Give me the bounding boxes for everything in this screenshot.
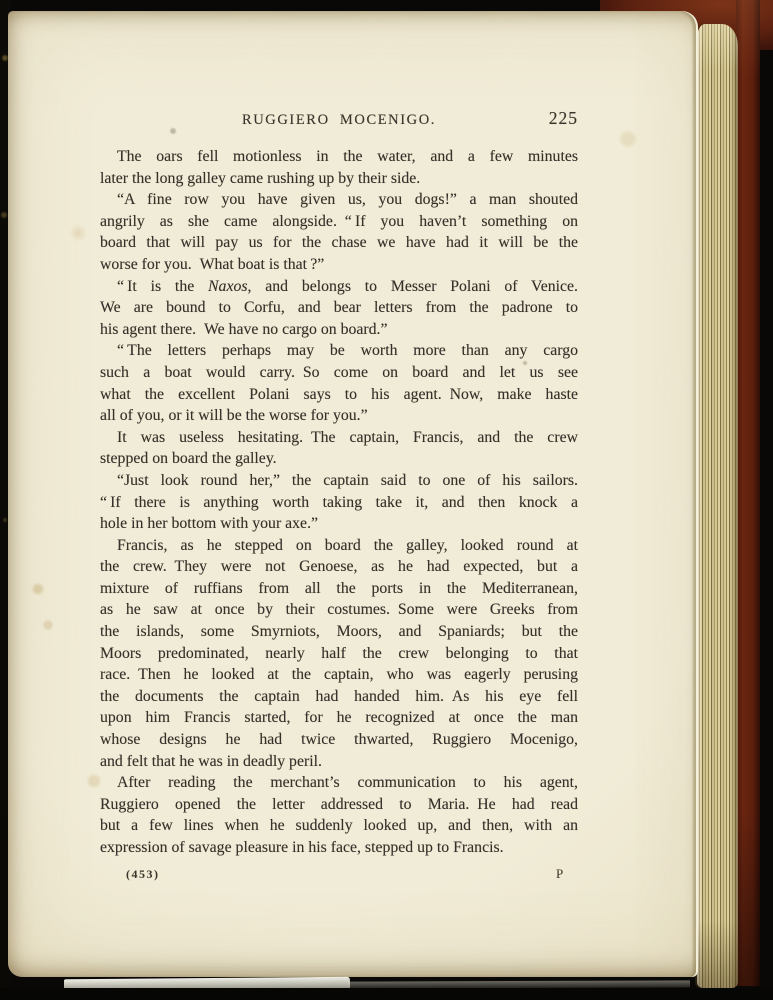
text-segment: worse for you. What boat is that ?”	[100, 256, 324, 273]
text-segment: angrily as she came alongside. “ If you …	[100, 213, 578, 230]
text-segment: what the excellent Polani says to his ag…	[100, 386, 578, 403]
photo-bottom-edge	[0, 988, 773, 1000]
text-segment: board that will pay us for the chase we …	[100, 234, 578, 251]
text-line: worse for you. What boat is that ?”	[100, 254, 578, 276]
text-line: board that will pay us for the chase we …	[100, 232, 578, 254]
text-segment: “ If there is anything worth taking take…	[100, 494, 578, 511]
text-line: “Just look round her,” the captain said …	[100, 470, 578, 492]
text-line: upon him Francis started, for he recogni…	[100, 707, 578, 729]
text-line: the islands, some Smyrniots, Moors, and …	[100, 621, 578, 643]
text-line: the documents the captain had handed him…	[100, 686, 578, 708]
text-line: but a few lines when he suddenly looked …	[100, 815, 578, 837]
text-line: After reading the merchant’s communicati…	[100, 772, 578, 794]
text-line: “ It is the Naxos, and belongs to Messer…	[100, 276, 578, 298]
page-fore-edge-stack	[697, 24, 738, 988]
catchword-letter: P	[556, 866, 563, 882]
text-line: angrily as she came alongside. “ If you …	[100, 211, 578, 233]
page-footer: (453) P	[100, 866, 578, 886]
italic-text: Naxos	[208, 278, 248, 295]
text-segment: stepped on board the galley.	[100, 450, 277, 467]
text-line: whose designs he had twice thwarted, Rug…	[100, 729, 578, 751]
text-line: the crew. They were not Genoese, as he h…	[100, 556, 578, 578]
text-segment: It was useless hesitating. The captain, …	[117, 429, 578, 446]
text-segment: , and belongs to Messer Polani of Venice…	[248, 278, 578, 295]
text-line: Ruggiero opened the letter addressed to …	[100, 794, 578, 816]
text-segment: as he saw at once by their costumes. Som…	[100, 601, 578, 618]
text-segment: “ The letters perhaps may be worth more …	[117, 342, 578, 359]
text-segment: Moors predominated, nearly half the crew…	[100, 645, 578, 662]
running-title: RUGGIERO MOCENIGO.	[100, 112, 578, 129]
book-cover-side	[736, 0, 760, 986]
text-line: “A fine row you have given us, you dogs!…	[100, 189, 578, 211]
text-segment: mixture of ruffians from all the ports i…	[100, 580, 578, 597]
text-segment: “ It is the	[117, 278, 208, 295]
text-line: expression of savage pleasure in his fac…	[100, 837, 578, 859]
text-line: as he saw at once by their costumes. Som…	[100, 599, 578, 621]
text-segment: Ruggiero opened the letter addressed to …	[100, 796, 578, 813]
text-segment: later the long galley came rushing up by…	[100, 170, 420, 187]
book-scan-photo: RUGGIERO MOCENIGO. 225 The oars fell mot…	[0, 0, 773, 1000]
text-segment: all of you, or it will be the worse for …	[100, 407, 368, 424]
text-line: what the excellent Polani says to his ag…	[100, 384, 578, 406]
text-line: his agent there. We have no cargo on boa…	[100, 319, 578, 341]
text-line: later the long galley came rushing up by…	[100, 168, 578, 190]
text-line: stepped on board the galley.	[100, 448, 578, 470]
book-page: RUGGIERO MOCENIGO. 225 The oars fell mot…	[8, 11, 698, 977]
text-line: all of you, or it will be the worse for …	[100, 405, 578, 427]
paragraph: “ The letters perhaps may be worth more …	[100, 340, 578, 426]
text-line: “ If there is anything worth taking take…	[100, 492, 578, 514]
text-segment: such a boat would carry. So come on boar…	[100, 364, 578, 381]
text-segment: whose designs he had twice thwarted, Rug…	[100, 731, 578, 748]
text-segment: “A fine row you have given us, you dogs!…	[117, 191, 578, 208]
text-segment: race. Then he looked at the captain, who…	[100, 666, 578, 683]
paragraph: Francis, as he stepped on board the gall…	[100, 535, 578, 773]
text-segment: and felt that he was in deadly peril.	[100, 753, 322, 770]
text-line: Moors predominated, nearly half the crew…	[100, 643, 578, 665]
text-segment: expression of savage pleasure in his fac…	[100, 839, 504, 856]
text-segment: We are bound to Corfu, and bear letters …	[100, 299, 578, 316]
text-segment: “Just look round her,” the captain said …	[117, 472, 578, 489]
paragraph: It was useless hesitating. The captain, …	[100, 427, 578, 470]
text-segment: the crew. They were not Genoese, as he h…	[100, 558, 578, 575]
text-line: It was useless hesitating. The captain, …	[100, 427, 578, 449]
text-segment: the documents the captain had handed him…	[100, 688, 578, 705]
text-segment: the islands, some Smyrniots, Moors, and …	[100, 623, 578, 640]
signature-mark: (453)	[126, 867, 160, 882]
running-head: RUGGIERO MOCENIGO. 225	[100, 110, 578, 134]
paragraph: “A fine row you have given us, you dogs!…	[100, 189, 578, 275]
text-segment: his agent there. We have no cargo on boa…	[100, 321, 388, 338]
text-segment: but a few lines when he suddenly looked …	[100, 817, 578, 834]
text-line: “ The letters perhaps may be worth more …	[100, 340, 578, 362]
text-line: such a boat would carry. So come on boar…	[100, 362, 578, 384]
text-segment: After reading the merchant’s communicati…	[117, 774, 578, 791]
text-line: Francis, as he stepped on board the gall…	[100, 535, 578, 557]
text-block: The oars fell motionless in the water, a…	[100, 146, 578, 859]
text-segment: The oars fell motionless in the water, a…	[117, 148, 578, 165]
text-line: mixture of ruffians from all the ports i…	[100, 578, 578, 600]
paragraph: “Just look round her,” the captain said …	[100, 470, 578, 535]
paragraph: “ It is the Naxos, and belongs to Messer…	[100, 276, 578, 341]
paragraph: The oars fell motionless in the water, a…	[100, 146, 578, 189]
text-segment: upon him Francis started, for he recogni…	[100, 709, 578, 726]
page-number: 225	[549, 108, 578, 129]
text-line: The oars fell motionless in the water, a…	[100, 146, 578, 168]
paragraph: After reading the merchant’s communicati…	[100, 772, 578, 858]
text-line: race. Then he looked at the captain, who…	[100, 664, 578, 686]
text-segment: hole in her bottom with your axe.”	[100, 515, 318, 532]
text-segment: Francis, as he stepped on board the gall…	[117, 537, 578, 554]
text-line: and felt that he was in deadly peril.	[100, 751, 578, 773]
text-line: hole in her bottom with your axe.”	[100, 513, 578, 535]
text-line: We are bound to Corfu, and bear letters …	[100, 297, 578, 319]
